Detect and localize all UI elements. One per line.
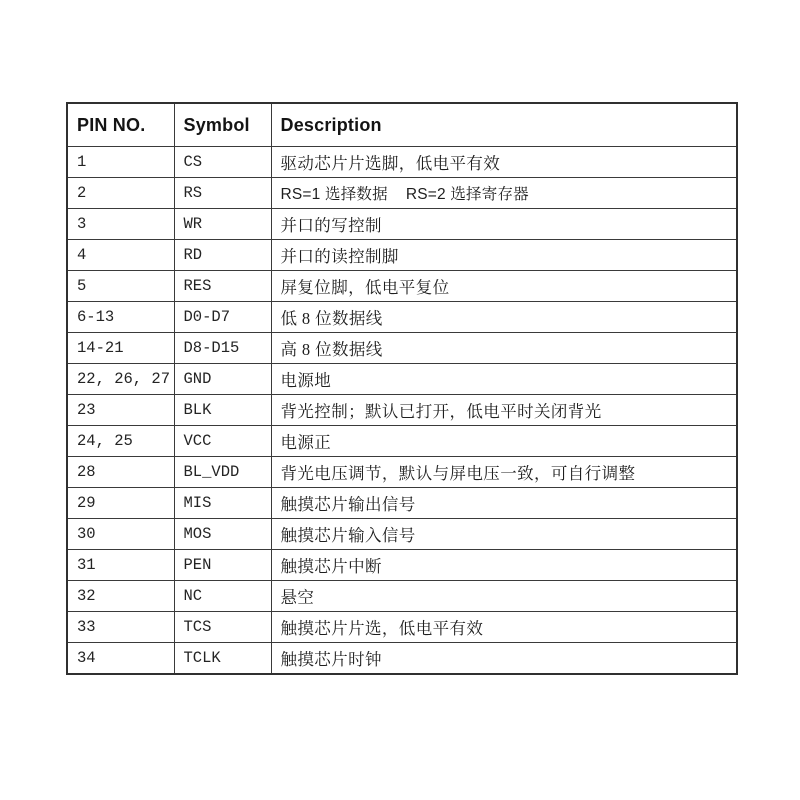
pin-number-cell: 24, 25: [67, 426, 174, 457]
header-row: PIN NO. Symbol Description: [67, 103, 737, 147]
description-cell: 电源地: [271, 364, 737, 395]
symbol-cell: RES: [174, 271, 271, 302]
description-cell: 电源正: [271, 426, 737, 457]
column-header-pin-no: PIN NO.: [67, 103, 174, 147]
page: { "page": { "background_color": "#ffffff…: [0, 0, 800, 800]
description-cell: 触摸芯片片选，低电平有效: [271, 612, 737, 643]
description-cell: 触摸芯片输入信号: [271, 519, 737, 550]
symbol-cell: D0-D7: [174, 302, 271, 333]
table-row: 1 CS 驱动芯片片选脚，低电平有效: [67, 147, 737, 178]
table-row: 31 PEN 触摸芯片中断: [67, 550, 737, 581]
pin-number-cell: 3: [67, 209, 174, 240]
table-row: 24, 25 VCC 电源正: [67, 426, 737, 457]
symbol-cell: PEN: [174, 550, 271, 581]
symbol-cell: BLK: [174, 395, 271, 426]
pin-table-header: PIN NO. Symbol Description: [67, 103, 737, 147]
symbol-cell: RS: [174, 178, 271, 209]
pin-number-cell: 29: [67, 488, 174, 519]
table-row: 14-21 D8-D15 高 8 位数据线: [67, 333, 737, 364]
symbol-cell: MIS: [174, 488, 271, 519]
description-cell: 悬空: [271, 581, 737, 612]
pin-number-cell: 1: [67, 147, 174, 178]
description-cell: 低 8 位数据线: [271, 302, 737, 333]
description-cell: 并口的读控制脚: [271, 240, 737, 271]
pin-number-cell: 2: [67, 178, 174, 209]
pin-number-cell: 6-13: [67, 302, 174, 333]
symbol-cell: RD: [174, 240, 271, 271]
symbol-cell: WR: [174, 209, 271, 240]
description-cell: 背光电压调节，默认与屏电压一致，可自行调整: [271, 457, 737, 488]
description-cell: 触摸芯片输出信号: [271, 488, 737, 519]
description-cell: 并口的写控制: [271, 209, 737, 240]
table-row: 4 RD 并口的读控制脚: [67, 240, 737, 271]
description-cell: RS=1 选择数据 RS=2 选择寄存器: [271, 178, 737, 209]
symbol-cell: GND: [174, 364, 271, 395]
symbol-cell: VCC: [174, 426, 271, 457]
table-row: 23 BLK 背光控制；默认已打开，低电平时关闭背光: [67, 395, 737, 426]
pin-number-cell: 5: [67, 271, 174, 302]
symbol-cell: CS: [174, 147, 271, 178]
table-row: 2 RS RS=1 选择数据 RS=2 选择寄存器: [67, 178, 737, 209]
table-row: 6-13 D0-D7 低 8 位数据线: [67, 302, 737, 333]
description-cell: 高 8 位数据线: [271, 333, 737, 364]
description-cell: 屏复位脚，低电平复位: [271, 271, 737, 302]
pin-number-cell: 32: [67, 581, 174, 612]
pin-number-cell: 23: [67, 395, 174, 426]
symbol-cell: TCS: [174, 612, 271, 643]
pin-table: PIN NO. Symbol Description 1 CS 驱动芯片片选脚，…: [66, 102, 738, 675]
pin-number-cell: 30: [67, 519, 174, 550]
pin-number-cell: 33: [67, 612, 174, 643]
description-cell: 背光控制；默认已打开，低电平时关闭背光: [271, 395, 737, 426]
symbol-cell: TCLK: [174, 643, 271, 675]
description-cell: 触摸芯片时钟: [271, 643, 737, 675]
column-header-description: Description: [271, 103, 737, 147]
description-cell: 触摸芯片中断: [271, 550, 737, 581]
symbol-cell: BL_VDD: [174, 457, 271, 488]
table-row: 28 BL_VDD 背光电压调节，默认与屏电压一致，可自行调整: [67, 457, 737, 488]
table-row: 29 MIS 触摸芯片输出信号: [67, 488, 737, 519]
description-cell: 驱动芯片片选脚，低电平有效: [271, 147, 737, 178]
pin-number-cell: 28: [67, 457, 174, 488]
table-row: 34 TCLK 触摸芯片时钟: [67, 643, 737, 675]
pin-number-cell: 14-21: [67, 333, 174, 364]
symbol-cell: MOS: [174, 519, 271, 550]
pin-table-sheet: PIN NO. Symbol Description 1 CS 驱动芯片片选脚，…: [66, 102, 738, 675]
table-row: 5 RES 屏复位脚，低电平复位: [67, 271, 737, 302]
pin-number-cell: 31: [67, 550, 174, 581]
symbol-cell: D8-D15: [174, 333, 271, 364]
pin-table-body: 1 CS 驱动芯片片选脚，低电平有效 2 RS RS=1 选择数据 RS=2 选…: [67, 147, 737, 675]
symbol-cell: NC: [174, 581, 271, 612]
table-row: 32 NC 悬空: [67, 581, 737, 612]
table-row: 33 TCS 触摸芯片片选，低电平有效: [67, 612, 737, 643]
table-row: 22, 26, 27 GND 电源地: [67, 364, 737, 395]
column-header-symbol: Symbol: [174, 103, 271, 147]
table-row: 3 WR 并口的写控制: [67, 209, 737, 240]
pin-number-cell: 34: [67, 643, 174, 675]
pin-number-cell: 22, 26, 27: [67, 364, 174, 395]
pin-number-cell: 4: [67, 240, 174, 271]
table-row: 30 MOS 触摸芯片输入信号: [67, 519, 737, 550]
